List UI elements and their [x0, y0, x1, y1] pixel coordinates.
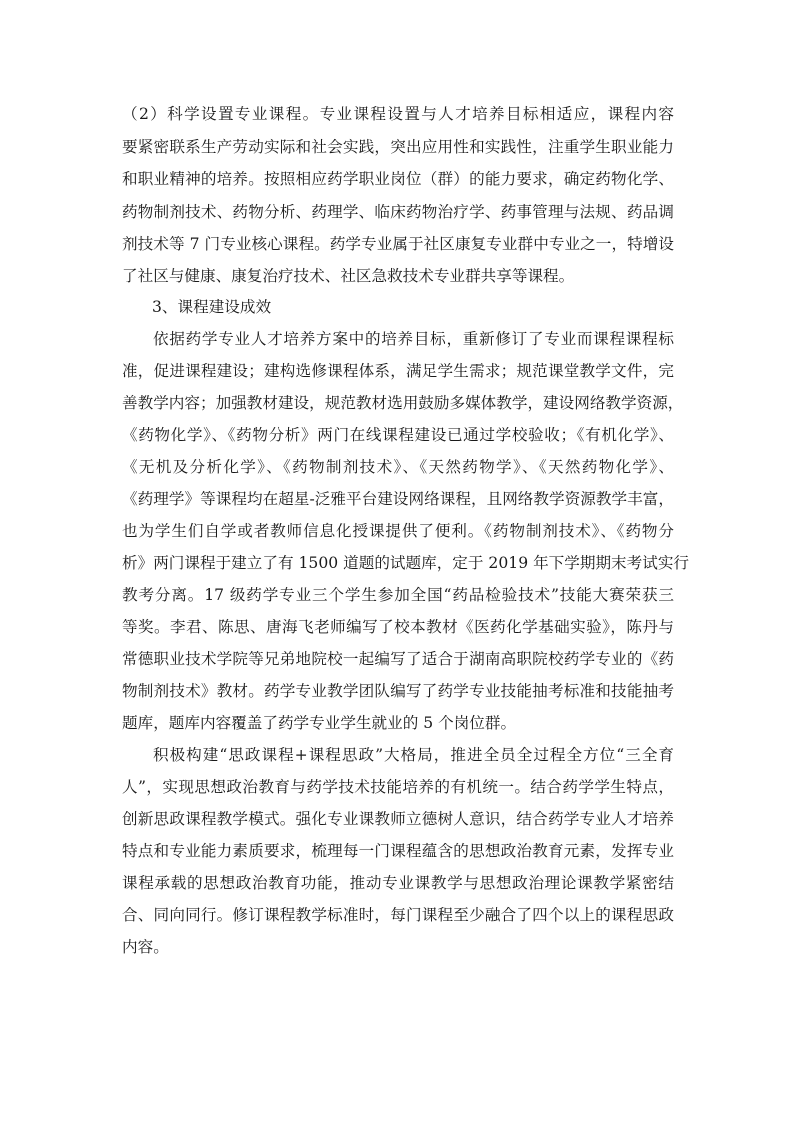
text-line: 析》两门课程于建立了有 1500 道题的试题库，定于 2019 年下学期期末考试…	[122, 547, 674, 579]
text-line: 和职业精神的培养。按照相应药学职业岗位（群）的能力要求，确定药物化学、	[122, 163, 674, 195]
text-line: （2）科学设置专业课程。专业课程设置与人才培养目标相适应，课程内容	[122, 98, 674, 130]
text-line: 积极构建“思政课程+课程思政”大格局，推进全员全过程全方位“三全育	[153, 739, 674, 771]
text-line: 人”，实现思想政治教育与药学技术技能培养的有机统一。结合药学学生特点，	[122, 771, 674, 803]
text-line: 创新思政课程教学模式。强化专业课教师立德树人意识，结合药学专业人才培养	[122, 803, 674, 835]
text-line: 《药物化学》、《药物分析》两门在线课程建设已通过学校验收；《有机化学》、	[122, 419, 674, 451]
text-line: 合、同向同行。修订课程教学标准时，每门课程至少融合了四个以上的课程思政	[122, 899, 674, 931]
text-line: 《药理学》等课程均在超星-泛雅平台建设网络课程，且网络教学资源教学丰富，	[122, 483, 674, 515]
text-line: 内容。	[122, 931, 674, 963]
text-line: 药物制剂技术、药物分析、药理学、临床药物治疗学、药事管理与法规、药品调	[122, 196, 674, 228]
text-line: 常德职业技术学院等兄弟地院校一起编写了适合于湖南高职院校药学专业的《药	[122, 643, 674, 675]
document-page: （2）科学设置专业课程。专业课程设置与人才培养目标相适应，课程内容 要紧密联系生…	[0, 0, 793, 1122]
text-line: 教考分离。17 级药学专业三个学生参加全国“药品检验技术”技能大赛荣获三	[122, 579, 674, 611]
text-line: 善教学内容；加强教材建设，规范教材选用鼓励多媒体教学，建设网络教学资源，	[122, 387, 674, 419]
text-line: 剂技术等 7 门专业核心课程。药学专业属于社区康复专业群中专业之一，特增设	[122, 228, 674, 260]
text-line: 物制剂技术》教材。药学专业教学团队编写了药学专业技能抽考标准和技能抽考	[122, 675, 674, 707]
text-line: 要紧密联系生产劳动实际和社会实践，突出应用性和实践性，注重学生职业能力	[122, 131, 674, 163]
text-line: 《无机及分析化学》、《药物制剂技术》、《天然药物学》、《天然药物化学》、	[122, 451, 674, 483]
text-line: 也为学生们自学或者教师信息化授课提供了便利。《药物制剂技术》、《药物分	[122, 515, 674, 547]
text-line: 了社区与健康、康复治疗技术、社区急救技术专业群共享等课程。	[122, 260, 674, 292]
text-line: 准，促进课程建设；建构选修课程体系，满足学生需求；规范课堂教学文件，完	[122, 355, 674, 387]
section-heading: 3、课程建设成效	[152, 291, 673, 323]
text-line: 等奖。李君、陈思、唐海飞老师编写了校本教材《医药化学基础实验》，陈丹与	[122, 611, 674, 643]
text-line: 依据药学专业人才培养方案中的培养目标，重新修订了专业而课程课程标	[153, 323, 674, 355]
text-line: 课程承载的思想政治教育功能，推动专业课教学与思想政治理论课教学紧密结	[122, 867, 674, 899]
text-line: 题库，题库内容覆盖了药学专业学生就业的 5 个岗位群。	[122, 707, 674, 739]
text-line: 特点和专业能力素质要求，梳理每一门课程蕴含的思想政治教育元素，发挥专业	[122, 835, 674, 867]
